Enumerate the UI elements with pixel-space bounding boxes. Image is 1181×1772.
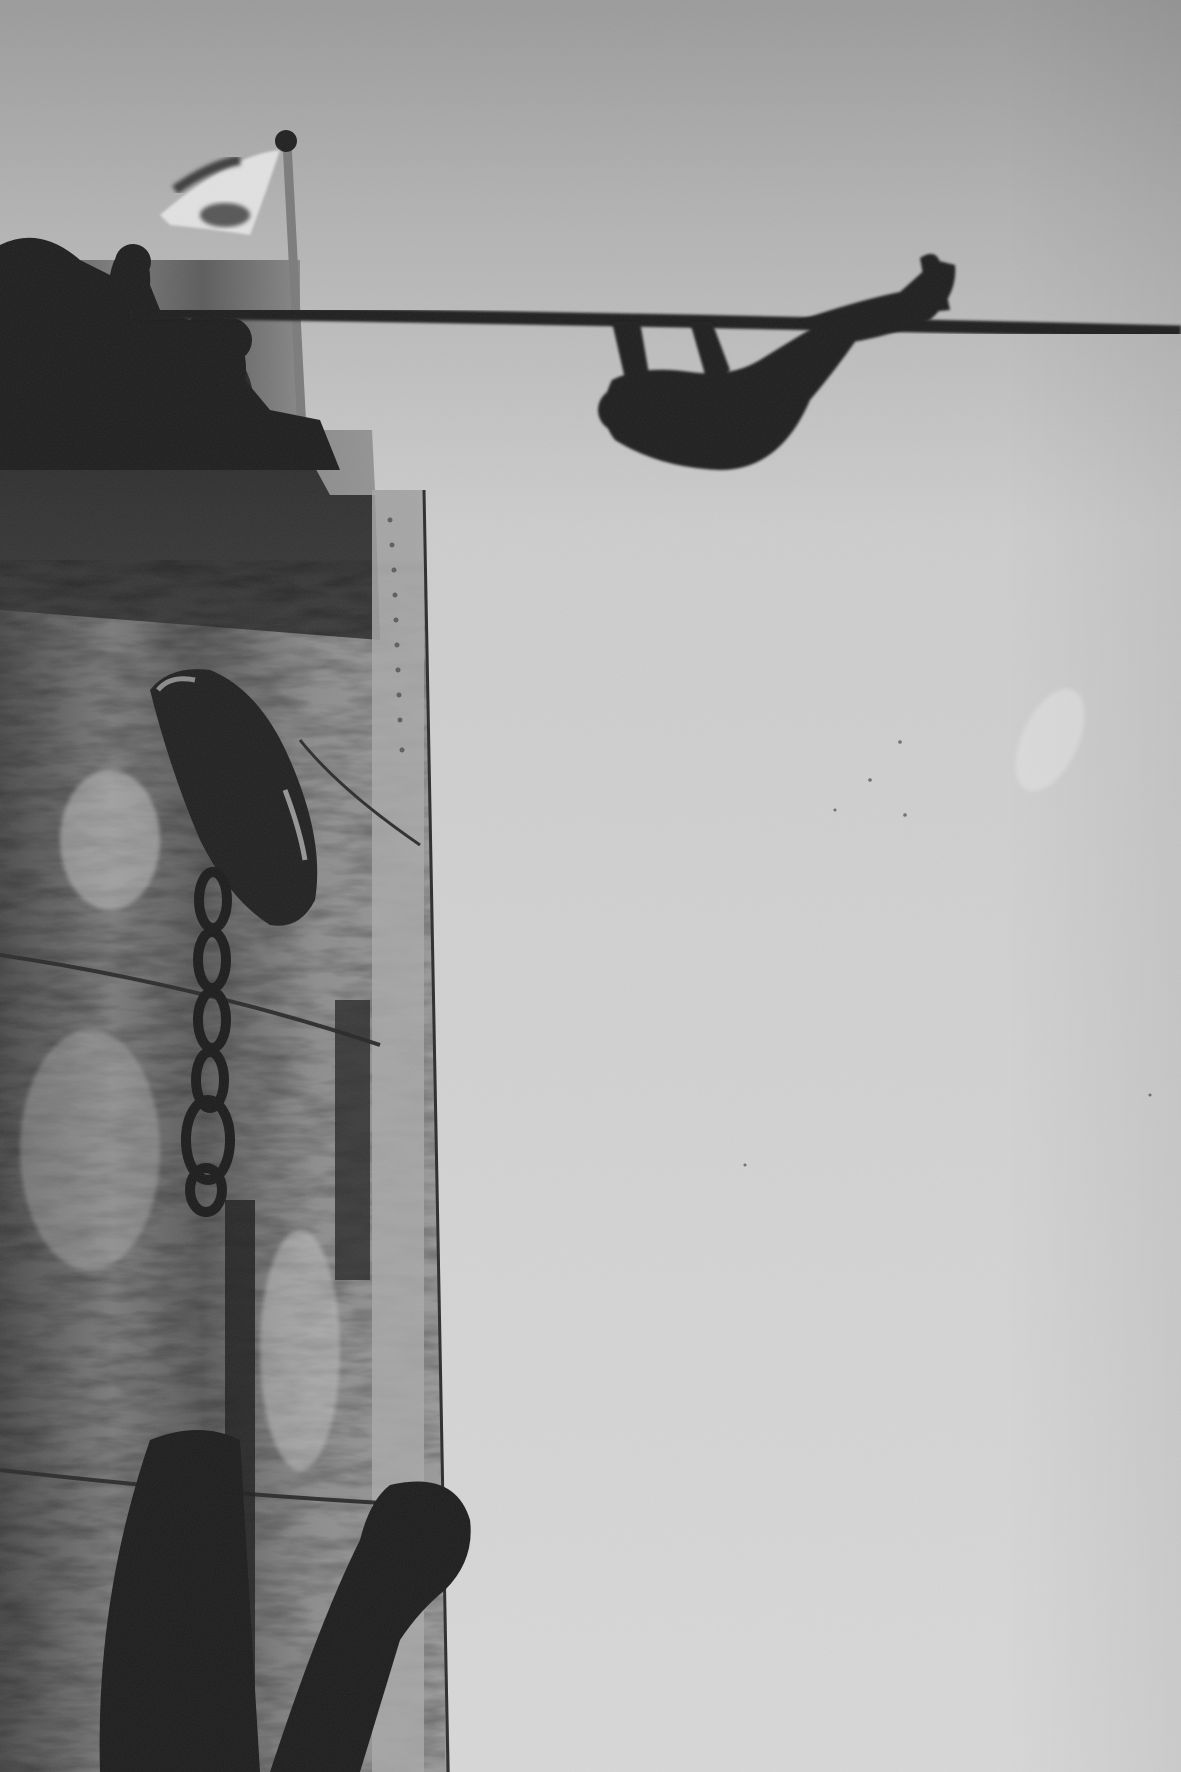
photograph: A person hanging upside down by hands an… <box>0 0 1181 1772</box>
photo-canvas <box>0 0 1181 1772</box>
